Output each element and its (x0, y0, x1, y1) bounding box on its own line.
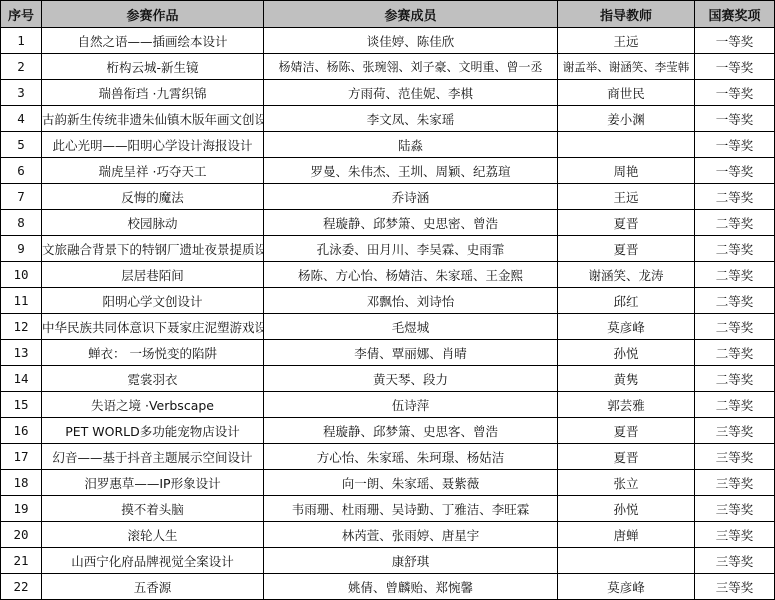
cell-no: 10 (1, 262, 42, 288)
cell-members: 杨陈、方心怡、杨婧洁、朱家瑶、王金熙 (264, 262, 558, 288)
cell-members: 邓飘怡、刘诗怡 (264, 288, 558, 314)
table-row: 12 中华民族共同体意识下聂家庄泥塑游戏设计 毛煜城 莫彦峰 二等奖 (1, 314, 775, 340)
awards-table: 序号 参赛作品 参赛成员 指导教师 国赛奖项 1 自然之语——插画绘本设计 谈佳… (0, 0, 775, 600)
cell-work: 反悔的魔法 (42, 184, 264, 210)
cell-no: 21 (1, 548, 42, 574)
header-teacher: 指导教师 (558, 1, 695, 28)
cell-work: 古韵新生传统非遗朱仙镇木版年画文创设计 (42, 106, 264, 132)
cell-award: 一等奖 (695, 132, 775, 158)
cell-award: 三等奖 (695, 418, 775, 444)
cell-work: 蝉衣： 一场悦变的陷阱 (42, 340, 264, 366)
table-row: 7 反悔的魔法 乔诗涵 王远 二等奖 (1, 184, 775, 210)
cell-award: 二等奖 (695, 262, 775, 288)
cell-members: 程璇静、邱梦箫、史思客、曾浩 (264, 418, 558, 444)
cell-teacher: 黄隽 (558, 366, 695, 392)
cell-work: 此心光明——阳明心学设计海报设计 (42, 132, 264, 158)
cell-award: 三等奖 (695, 470, 775, 496)
cell-work: 层居巷陌间 (42, 262, 264, 288)
cell-teacher: 唐蝉 (558, 522, 695, 548)
cell-no: 5 (1, 132, 42, 158)
cell-members: 方心怡、朱家瑶、朱珂璟、杨姑洁 (264, 444, 558, 470)
cell-members: 陆淼 (264, 132, 558, 158)
cell-no: 13 (1, 340, 42, 366)
cell-award: 一等奖 (695, 158, 775, 184)
cell-no: 14 (1, 366, 42, 392)
cell-members: 方雨荷、范佳妮、李棋 (264, 80, 558, 106)
cell-members: 李文凤、朱家瑶 (264, 106, 558, 132)
table-row: 1 自然之语——插画绘本设计 谈佳婷、陈佳欣 王远 一等奖 (1, 28, 775, 54)
cell-members: 伍诗萍 (264, 392, 558, 418)
cell-teacher: 谢涵笑、龙涛 (558, 262, 695, 288)
table-row: 16 PET WORLD多功能宠物店设计 程璇静、邱梦箫、史思客、曾浩 夏晋 三… (1, 418, 775, 444)
cell-teacher: 郭芸雅 (558, 392, 695, 418)
header-no: 序号 (1, 1, 42, 28)
cell-teacher: 邱红 (558, 288, 695, 314)
cell-teacher: 王远 (558, 184, 695, 210)
table-row: 13 蝉衣： 一场悦变的陷阱 李倩、覃丽娜、肖晴 孙悦 二等奖 (1, 340, 775, 366)
cell-teacher: 莫彦峰 (558, 314, 695, 340)
cell-no: 17 (1, 444, 42, 470)
cell-members: 康舒琪 (264, 548, 558, 574)
cell-work: 滚轮人生 (42, 522, 264, 548)
cell-no: 12 (1, 314, 42, 340)
table-row: 8 校园脉动 程璇静、邱梦箫、史思密、曾浩 夏晋 二等奖 (1, 210, 775, 236)
table-row: 10 层居巷陌间 杨陈、方心怡、杨婧洁、朱家瑶、王金熙 谢涵笑、龙涛 二等奖 (1, 262, 775, 288)
cell-no: 7 (1, 184, 42, 210)
cell-award: 一等奖 (695, 54, 775, 80)
table-row: 14 霓裳羽衣 黄天琴、段力 黄隽 二等奖 (1, 366, 775, 392)
cell-award: 二等奖 (695, 236, 775, 262)
cell-no: 22 (1, 574, 42, 600)
cell-members: 林芮萱、张雨婷、唐星宇 (264, 522, 558, 548)
cell-award: 二等奖 (695, 184, 775, 210)
cell-teacher: 王远 (558, 28, 695, 54)
table-row: 5 此心光明——阳明心学设计海报设计 陆淼 一等奖 (1, 132, 775, 158)
cell-work: 摸不着头脑 (42, 496, 264, 522)
cell-no: 15 (1, 392, 42, 418)
cell-award: 一等奖 (695, 80, 775, 106)
cell-award: 三等奖 (695, 522, 775, 548)
cell-teacher: 张立 (558, 470, 695, 496)
table-row: 3 瑞兽衔珰 ·九霄织锦 方雨荷、范佳妮、李棋 商世民 一等奖 (1, 80, 775, 106)
cell-no: 2 (1, 54, 42, 80)
cell-members: 孔泳委、田月川、李吴霖、史雨霏 (264, 236, 558, 262)
cell-teacher: 夏晋 (558, 418, 695, 444)
table-row: 17 幻音——基于抖音主题展示空间设计 方心怡、朱家瑶、朱珂璟、杨姑洁 夏晋 三… (1, 444, 775, 470)
cell-no: 16 (1, 418, 42, 444)
cell-award: 二等奖 (695, 366, 775, 392)
cell-members: 杨婧洁、杨陈、张琬翎、刘子豪、文明重、曾一丞 (264, 54, 558, 80)
cell-award: 三等奖 (695, 548, 775, 574)
cell-award: 二等奖 (695, 314, 775, 340)
table-row: 2 桁构云城-新生镜 杨婧洁、杨陈、张琬翎、刘子豪、文明重、曾一丞 谢孟举、谢涵… (1, 54, 775, 80)
cell-work: 汨罗惠草——IP形象设计 (42, 470, 264, 496)
cell-work: 失语之境 ·Verbscape (42, 392, 264, 418)
cell-work: 中华民族共同体意识下聂家庄泥塑游戏设计 (42, 314, 264, 340)
cell-no: 4 (1, 106, 42, 132)
cell-members: 韦雨珊、杜雨珊、吴诗勤、丁雅洁、李旺霖 (264, 496, 558, 522)
cell-no: 3 (1, 80, 42, 106)
table-row: 6 瑞虎呈祥 ·巧夺天工 罗曼、朱伟杰、王圳、周颖、纪荔瑄 周艳 一等奖 (1, 158, 775, 184)
table-row: 20 滚轮人生 林芮萱、张雨婷、唐星宇 唐蝉 三等奖 (1, 522, 775, 548)
cell-members: 向一朗、朱家瑶、聂紫薇 (264, 470, 558, 496)
cell-award: 三等奖 (695, 444, 775, 470)
cell-teacher: 孙悦 (558, 340, 695, 366)
cell-teacher: 孙悦 (558, 496, 695, 522)
cell-teacher: 夏晋 (558, 236, 695, 262)
cell-work: 自然之语——插画绘本设计 (42, 28, 264, 54)
cell-work: 山西宁化府品牌视觉全案设计 (42, 548, 264, 574)
cell-award: 一等奖 (695, 106, 775, 132)
cell-work: 瑞兽衔珰 ·九霄织锦 (42, 80, 264, 106)
cell-award: 二等奖 (695, 340, 775, 366)
header-members: 参赛成员 (264, 1, 558, 28)
cell-award: 三等奖 (695, 496, 775, 522)
table-row: 9 文旅融合背景下的特钢厂遗址夜景提质设计 孔泳委、田月川、李吴霖、史雨霏 夏晋… (1, 236, 775, 262)
cell-work: 五香源 (42, 574, 264, 600)
cell-work: 瑞虎呈祥 ·巧夺天工 (42, 158, 264, 184)
cell-members: 毛煜城 (264, 314, 558, 340)
cell-no: 8 (1, 210, 42, 236)
cell-work: 校园脉动 (42, 210, 264, 236)
table-row: 18 汨罗惠草——IP形象设计 向一朗、朱家瑶、聂紫薇 张立 三等奖 (1, 470, 775, 496)
cell-work: 幻音——基于抖音主题展示空间设计 (42, 444, 264, 470)
cell-members: 谈佳婷、陈佳欣 (264, 28, 558, 54)
cell-teacher (558, 548, 695, 574)
cell-teacher: 周艳 (558, 158, 695, 184)
cell-no: 20 (1, 522, 42, 548)
cell-award: 二等奖 (695, 210, 775, 236)
header-award: 国赛奖项 (695, 1, 775, 28)
cell-no: 19 (1, 496, 42, 522)
table-header-row: 序号 参赛作品 参赛成员 指导教师 国赛奖项 (1, 1, 775, 28)
table-row: 21 山西宁化府品牌视觉全案设计 康舒琪 三等奖 (1, 548, 775, 574)
cell-no: 1 (1, 28, 42, 54)
cell-members: 李倩、覃丽娜、肖晴 (264, 340, 558, 366)
cell-teacher: 莫彦峰 (558, 574, 695, 600)
table-row: 19 摸不着头脑 韦雨珊、杜雨珊、吴诗勤、丁雅洁、李旺霖 孙悦 三等奖 (1, 496, 775, 522)
table-row: 22 五香源 姚倩、曾麟贻、郑惋馨 莫彦峰 三等奖 (1, 574, 775, 600)
table-row: 11 阳明心学文创设计 邓飘怡、刘诗怡 邱红 二等奖 (1, 288, 775, 314)
cell-no: 18 (1, 470, 42, 496)
cell-no: 9 (1, 236, 42, 262)
cell-no: 6 (1, 158, 42, 184)
cell-work: 桁构云城-新生镜 (42, 54, 264, 80)
cell-award: 二等奖 (695, 392, 775, 418)
cell-work: 文旅融合背景下的特钢厂遗址夜景提质设计 (42, 236, 264, 262)
cell-members: 乔诗涵 (264, 184, 558, 210)
cell-teacher: 谢孟举、谢涵笑、李莹韩 (558, 54, 695, 80)
cell-teacher: 夏晋 (558, 444, 695, 470)
cell-no: 11 (1, 288, 42, 314)
cell-award: 一等奖 (695, 28, 775, 54)
cell-work: 阳明心学文创设计 (42, 288, 264, 314)
cell-teacher: 姜小渊 (558, 106, 695, 132)
cell-teacher: 夏晋 (558, 210, 695, 236)
cell-award: 三等奖 (695, 574, 775, 600)
header-work: 参赛作品 (42, 1, 264, 28)
cell-work: 霓裳羽衣 (42, 366, 264, 392)
table-row: 15 失语之境 ·Verbscape 伍诗萍 郭芸雅 二等奖 (1, 392, 775, 418)
cell-work: PET WORLD多功能宠物店设计 (42, 418, 264, 444)
cell-members: 程璇静、邱梦箫、史思密、曾浩 (264, 210, 558, 236)
cell-members: 姚倩、曾麟贻、郑惋馨 (264, 574, 558, 600)
cell-award: 二等奖 (695, 288, 775, 314)
cell-teacher (558, 132, 695, 158)
cell-teacher: 商世民 (558, 80, 695, 106)
table-row: 4 古韵新生传统非遗朱仙镇木版年画文创设计 李文凤、朱家瑶 姜小渊 一等奖 (1, 106, 775, 132)
cell-members: 罗曼、朱伟杰、王圳、周颖、纪荔瑄 (264, 158, 558, 184)
cell-members: 黄天琴、段力 (264, 366, 558, 392)
